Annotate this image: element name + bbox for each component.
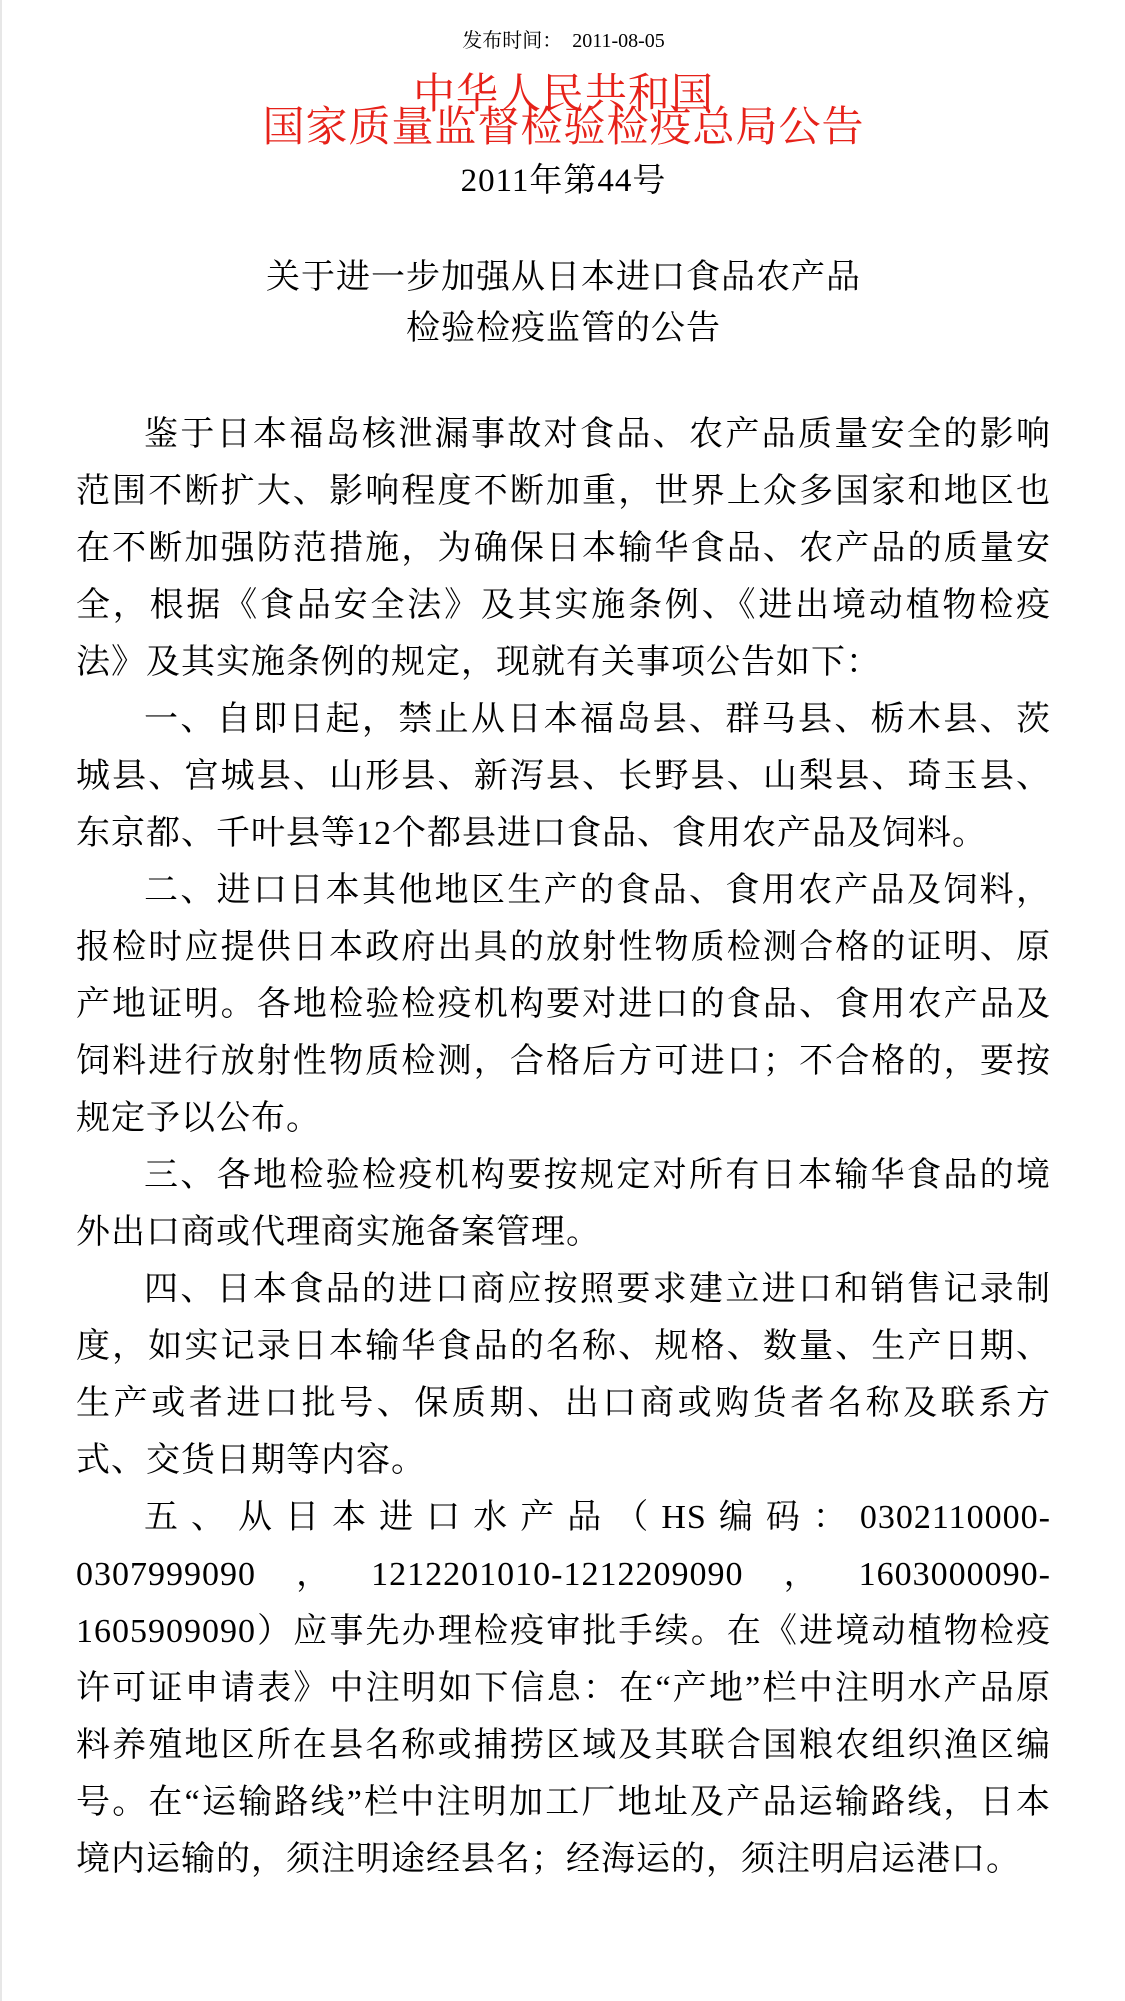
publish-date-line: 发布时间：2011-08-05 <box>2 0 1125 53</box>
agency-title: 中华人民共和国 国家质量监督检验检疫总局公告 <box>2 79 1125 145</box>
subtitle-line2: 检验检疫监管的公告 <box>2 303 1125 354</box>
paragraph-preamble: 鉴于日本福岛核泄漏事故对食品、农产品质量安全的影响范围不断扩大、影响程度不断加重… <box>76 406 1051 691</box>
paragraph-item-4: 四、日本食品的进口商应按照要求建立进口和销售记录制度，如实记录日本输华食品的名称… <box>76 1261 1051 1489</box>
paragraph-item-2: 二、进口日本其他地区生产的食品、食用农产品及饲料，报检时应提供日本政府出具的放射… <box>76 862 1051 1147</box>
publish-date-label: 发布时间： <box>462 30 562 52</box>
subtitle-line1: 关于进一步加强从日本进口食品农产品 <box>2 252 1125 303</box>
agency-title-line2: 国家质量监督检验检疫总局公告 <box>2 112 1125 145</box>
paragraph-item-3: 三、各地检验检疫机构要按规定对所有日本输华食品的境外出口商或代理商实施备案管理。 <box>76 1147 1051 1261</box>
paragraph-item-5: 五、从日本进口水产品（HS编码：0302110000-0307999090，12… <box>76 1489 1051 1888</box>
doc-number: 2011年第44号 <box>2 163 1125 201</box>
announcement-subtitle: 关于进一步加强从日本进口食品农产品 检验检疫监管的公告 <box>2 252 1125 354</box>
announcement-page: 发布时间：2011-08-05 中华人民共和国 国家质量监督检验检疫总局公告 2… <box>0 0 1125 2001</box>
announcement-body: 鉴于日本福岛核泄漏事故对食品、农产品质量安全的影响范围不断扩大、影响程度不断加重… <box>76 406 1051 1888</box>
publish-date-value: 2011-08-05 <box>572 30 665 52</box>
paragraph-item-1: 一、自即日起，禁止从日本福岛县、群马县、栃木县、茨城县、宫城县、山形县、新泻县、… <box>76 691 1051 862</box>
